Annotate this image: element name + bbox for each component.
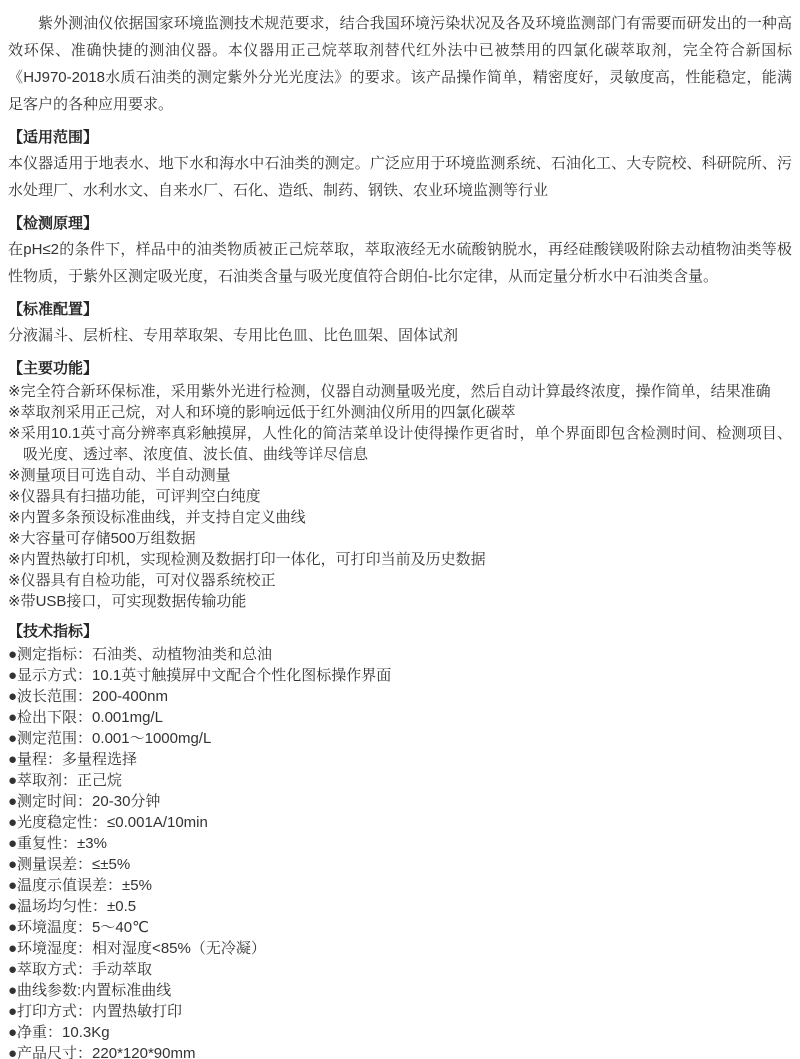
section-title-principle: 【检测原理】 xyxy=(8,214,792,234)
spec-item: ●光度稳定性：≤0.001A/10min xyxy=(8,812,792,833)
spec-item: ●显示方式：10.1英寸触摸屏中文配合个性化图标操作界面 xyxy=(8,665,792,686)
function-item: ※萃取剂采用正己烷，对人和环境的影响远低于红外测油仪所用的四氯化碳萃 xyxy=(8,402,792,423)
spec-item: ●量程：多量程选择 xyxy=(8,749,792,770)
section-title-scope: 【适用范围】 xyxy=(8,128,792,148)
spec-item: ●萃取方式：手动萃取 xyxy=(8,959,792,980)
spec-item: ●萃取剂：正己烷 xyxy=(8,770,792,791)
spec-item: ●测定时间：20-30分钟 xyxy=(8,791,792,812)
spec-item: ●重复性：±3% xyxy=(8,833,792,854)
tech-specs-list: ●测定指标：石油类、动植物油类和总油 ●显示方式：10.1英寸触摸屏中文配合个性… xyxy=(8,644,792,1059)
spec-item: ●温度示值误差：±5% xyxy=(8,875,792,896)
function-item: ※仪器具有扫描功能，可评判空白纯度 xyxy=(8,486,792,507)
section-title-main-functions: 【主要功能】 xyxy=(8,359,792,379)
spec-item: ●测定范围：0.001～1000mg/L xyxy=(8,728,792,749)
section-tech-specs: 【技术指标】 ●测定指标：石油类、动植物油类和总油 ●显示方式：10.1英寸触摸… xyxy=(8,622,792,1059)
section-body-standard-config: 分液漏斗、层析柱、专用萃取架、专用比色皿、比色皿架、固体试剂 xyxy=(8,322,792,349)
section-scope: 【适用范围】 本仪器适用于地表水、地下水和海水中石油类的测定。广泛应用于环境监测… xyxy=(8,128,792,204)
section-standard-config: 【标准配置】 分液漏斗、层析柱、专用萃取架、专用比色皿、比色皿架、固体试剂 xyxy=(8,300,792,349)
spec-item: ●环境温度：5～40℃ xyxy=(8,917,792,938)
intro-paragraph: 紫外测油仪依据国家环境监测技术规范要求，结合我国环境污染状况及各及环境监测部门有… xyxy=(8,10,792,118)
function-item: ※内置多条预设标准曲线，并支持自定义曲线 xyxy=(8,507,792,528)
spec-item: ●环境湿度：相对湿度<85%（无冷凝） xyxy=(8,938,792,959)
function-item: ※完全符合新环保标准，采用紫外光进行检测，仪器自动测量吸光度，然后自动计算最终浓… xyxy=(8,381,792,402)
spec-item: ●测量误差：≤±5% xyxy=(8,854,792,875)
function-item: ※带USB接口，可实现数据传输功能 xyxy=(8,591,792,612)
spec-item: ●波长范围：200-400nm xyxy=(8,686,792,707)
section-main-functions: 【主要功能】 ※完全符合新环保标准，采用紫外光进行检测，仪器自动测量吸光度，然后… xyxy=(8,359,792,612)
function-item: ※采用10.1英寸高分辨率真彩触摸屏，人性化的简洁菜单设计使得操作更省时，单个界… xyxy=(8,423,792,465)
function-item: ※内置热敏打印机，实现检测及数据打印一体化，可打印当前及历史数据 xyxy=(8,549,792,570)
spec-item: ●测定指标：石油类、动植物油类和总油 xyxy=(8,644,792,665)
main-functions-list: ※完全符合新环保标准，采用紫外光进行检测，仪器自动测量吸光度，然后自动计算最终浓… xyxy=(8,381,792,612)
section-principle: 【检测原理】 在pH≤2的条件下，样品中的油类物质被正己烷萃取，萃取液经无水硫酸… xyxy=(8,214,792,290)
section-body-principle: 在pH≤2的条件下，样品中的油类物质被正己烷萃取，萃取液经无水硫酸钠脱水，再经硅… xyxy=(8,236,792,290)
spec-item: ●温场均匀性：±0.5 xyxy=(8,896,792,917)
function-item: ※仪器具有自检功能，可对仪器系统校正 xyxy=(8,570,792,591)
spec-item: ●曲线参数:内置标准曲线 xyxy=(8,980,792,1001)
section-title-tech-specs: 【技术指标】 xyxy=(8,622,792,642)
function-item: ※大容量可存储500万组数据 xyxy=(8,528,792,549)
spec-item: ●产品尺寸：220*120*90mm xyxy=(8,1043,792,1059)
function-item: ※测量项目可选自动、半自动测量 xyxy=(8,465,792,486)
product-description-document: 紫外测油仪依据国家环境监测技术规范要求，结合我国环境污染状况及各及环境监测部门有… xyxy=(0,0,800,1059)
spec-item: ●打印方式：内置热敏打印 xyxy=(8,1001,792,1022)
section-title-standard-config: 【标准配置】 xyxy=(8,300,792,320)
spec-item: ●检出下限：0.001mg/L xyxy=(8,707,792,728)
spec-item: ●净重：10.3Kg xyxy=(8,1022,792,1043)
section-body-scope: 本仪器适用于地表水、地下水和海水中石油类的测定。广泛应用于环境监测系统、石油化工… xyxy=(8,150,792,204)
